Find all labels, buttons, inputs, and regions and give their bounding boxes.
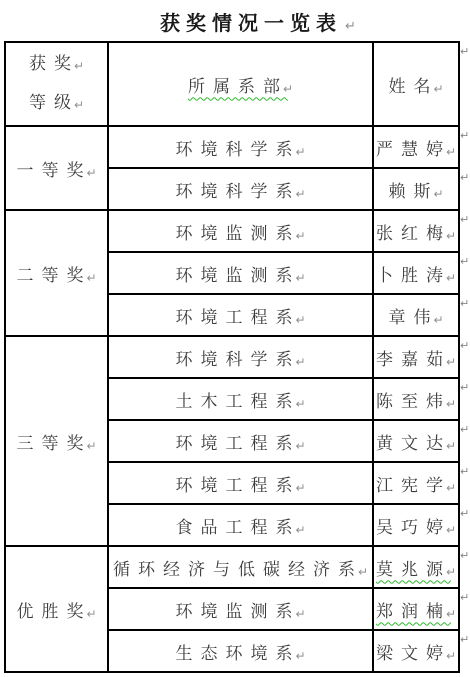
paragraph-mark-icon: ↵ (433, 187, 443, 201)
header-name-text: 姓名 (388, 77, 438, 96)
award-level-label: 一等奖 (16, 161, 91, 180)
paragraph-mark-icon: ↵ (446, 649, 456, 663)
name-text: 严慧婷 (376, 140, 451, 159)
row-end-mark-icon: ↵ (460, 382, 469, 393)
awards-table-wrap: 获奖↵ 等级↵ 所属系部↵ 姓名↵ 一等奖↵环境科学系↵严慧婷↵环境科学系↵赖斯… (4, 41, 460, 673)
department-text: 生态环境系 (175, 644, 300, 663)
department-cell: 环境监测系↵ (108, 210, 373, 252)
award-level-label: 二等奖 (16, 266, 91, 285)
paragraph-mark-icon: ↵ (295, 523, 305, 537)
paragraph-mark-icon: ↵ (295, 187, 305, 201)
header-name-cell: 姓名↵ (373, 42, 459, 126)
department-cell: 生态环境系↵ (108, 630, 373, 672)
paragraph-mark-icon: ↵ (446, 607, 456, 621)
header-award-level-cell: 获奖↵ 等级↵ (5, 42, 108, 126)
row-end-mark-icon: ↵ (460, 508, 469, 519)
name-cell: 卜胜涛↵ (373, 252, 459, 294)
paragraph-mark-icon: ↵ (74, 98, 84, 112)
award-level-cell: 一等奖↵ (5, 126, 108, 210)
paragraph-mark-icon: ↵ (446, 397, 456, 411)
name-cell: 莫兆源↵ (373, 546, 459, 588)
department-text: 环境科学系 (175, 182, 300, 201)
name-cell: 吴巧婷↵ (373, 504, 459, 546)
table-row: 优胜奖↵循环经济与低碳经济系↵莫兆源↵ (5, 546, 459, 588)
paragraph-mark-icon: ↵ (433, 313, 443, 327)
award-level-cell: 三等奖↵ (5, 336, 108, 546)
table-header-row: 获奖↵ 等级↵ 所属系部↵ 姓名↵ (5, 42, 459, 126)
document-page: { "title": "获奖情况一览表", "marks": { "paragr… (0, 0, 470, 677)
table-row: 三等奖↵环境科学系↵李嘉茹↵ (5, 336, 459, 378)
paragraph-mark-icon: ↵ (295, 481, 305, 495)
name-cell: 黄文达↵ (373, 420, 459, 462)
name-cell: 章伟↵ (373, 294, 459, 336)
paragraph-mark-icon: ↵ (433, 82, 443, 96)
paragraph-mark-icon: ↵ (295, 271, 305, 285)
department-text: 环境监测系 (175, 224, 300, 243)
department-cell: 环境科学系↵ (108, 336, 373, 378)
header-award-level-line1: 获奖↵ (6, 45, 107, 84)
paragraph-mark-icon: ↵ (295, 397, 305, 411)
department-text: 环境工程系 (175, 434, 300, 453)
award-level-label: 三等奖 (16, 434, 91, 453)
row-end-mark-icon: ↵ (460, 592, 469, 603)
paragraph-mark-icon: ↵ (446, 439, 456, 453)
paragraph-mark-icon: ↵ (74, 59, 84, 73)
row-end-mark-icon: ↵ (460, 634, 469, 645)
row-end-mark-icon: ↵ (460, 172, 469, 183)
name-text: 郑润楠 (376, 602, 451, 621)
paragraph-mark-icon: ↵ (86, 607, 96, 621)
department-text: 环境科学系 (175, 140, 300, 159)
department-cell: 环境监测系↵ (108, 588, 373, 630)
awards-table: 获奖↵ 等级↵ 所属系部↵ 姓名↵ 一等奖↵环境科学系↵严慧婷↵环境科学系↵赖斯… (4, 41, 460, 673)
name-text: 张红梅 (376, 224, 451, 243)
award-level-label: 优胜奖 (16, 602, 91, 621)
name-cell: 梁文婷↵ (373, 630, 459, 672)
header-department-text: 所属系部 (188, 77, 288, 96)
department-text: 环境工程系 (175, 308, 300, 327)
name-text: 李嘉茹 (376, 350, 451, 369)
department-text: 环境监测系 (175, 602, 300, 621)
name-text: 江宪学 (376, 476, 451, 495)
row-end-mark-icon: ↵ (460, 130, 469, 141)
name-text: 赖斯 (388, 182, 438, 201)
paragraph-mark-icon: ↵ (295, 145, 305, 159)
paragraph-mark-icon: ↵ (295, 649, 305, 663)
name-cell: 赖斯↵ (373, 168, 459, 210)
name-text: 陈至炜 (376, 392, 451, 411)
paragraph-mark-icon: ↵ (446, 271, 456, 285)
paragraph-mark-icon: ↵ (446, 523, 456, 537)
row-end-mark-icon: ↵ (460, 466, 469, 477)
name-text: 黄文达 (376, 434, 451, 453)
name-cell: 李嘉茹↵ (373, 336, 459, 378)
award-level-cell: 二等奖↵ (5, 210, 108, 336)
department-cell: 环境工程系↵ (108, 420, 373, 462)
paragraph-mark-icon: ↵ (446, 229, 456, 243)
name-cell: 江宪学↵ (373, 462, 459, 504)
department-cell: 食品工程系↵ (108, 504, 373, 546)
name-cell: 陈至炜↵ (373, 378, 459, 420)
page-title: 获奖情况一览表 (160, 13, 342, 35)
department-text: 土木工程系 (175, 392, 300, 411)
department-text: 环境科学系 (175, 350, 300, 369)
name-cell: 严慧婷↵ (373, 126, 459, 168)
paragraph-mark-icon: ↵ (86, 439, 96, 453)
table-row: 二等奖↵环境监测系↵张红梅↵ (5, 210, 459, 252)
department-cell: 环境工程系↵ (108, 294, 373, 336)
title-row: 获奖情况一览表↵ (0, 7, 470, 36)
paragraph-mark-icon: ↵ (86, 166, 96, 180)
name-text: 莫兆源 (376, 560, 451, 579)
department-cell: 土木工程系↵ (108, 378, 373, 420)
department-cell: 环境科学系↵ (108, 126, 373, 168)
header-award-level-line2: 等级↵ (6, 84, 107, 123)
department-cell: 环境科学系↵ (108, 168, 373, 210)
header-award-level-text: 等级 (29, 93, 79, 112)
name-text: 梁文婷 (376, 644, 451, 663)
row-end-mark-icon: ↵ (460, 298, 469, 309)
department-cell: 循环经济与低碳经济系↵ (108, 546, 373, 588)
name-cell: 郑润楠↵ (373, 588, 459, 630)
row-end-mark-icon: ↵ (460, 214, 469, 225)
name-text: 吴巧婷 (376, 518, 451, 537)
paragraph-mark-icon: ↵ (295, 439, 305, 453)
department-cell: 环境监测系↵ (108, 252, 373, 294)
department-text: 食品工程系 (175, 518, 300, 537)
paragraph-mark-icon: ↵ (295, 355, 305, 369)
name-cell: 张红梅↵ (373, 210, 459, 252)
paragraph-mark-icon: ↵ (345, 19, 356, 34)
paragraph-mark-icon: ↵ (283, 82, 293, 96)
department-text: 循环经济与低碳经济系 (113, 560, 363, 579)
award-level-cell: 优胜奖↵ (5, 546, 108, 672)
row-end-mark-icon: ↵ (460, 550, 469, 561)
name-text: 卜胜涛 (376, 266, 451, 285)
paragraph-mark-icon: ↵ (295, 313, 305, 327)
department-text: 环境工程系 (175, 476, 300, 495)
paragraph-mark-icon: ↵ (295, 607, 305, 621)
row-end-mark-icon: ↵ (460, 340, 469, 351)
paragraph-mark-icon: ↵ (446, 355, 456, 369)
paragraph-mark-icon: ↵ (446, 481, 456, 495)
paragraph-mark-icon: ↵ (295, 229, 305, 243)
row-end-mark-icon: ↵ (460, 256, 469, 267)
name-text: 章伟 (388, 308, 438, 327)
header-department-cell: 所属系部↵ (108, 42, 373, 126)
header-award-level-text: 获奖 (29, 54, 79, 73)
paragraph-mark-icon: ↵ (86, 271, 96, 285)
table-row: 一等奖↵环境科学系↵严慧婷↵ (5, 126, 459, 168)
paragraph-mark-icon: ↵ (358, 565, 368, 579)
paragraph-mark-icon: ↵ (446, 565, 456, 579)
department-text: 环境监测系 (175, 266, 300, 285)
row-end-mark-icon: ↵ (460, 46, 469, 57)
paragraph-mark-icon: ↵ (446, 145, 456, 159)
row-end-mark-icon: ↵ (460, 424, 469, 435)
department-cell: 环境工程系↵ (108, 462, 373, 504)
